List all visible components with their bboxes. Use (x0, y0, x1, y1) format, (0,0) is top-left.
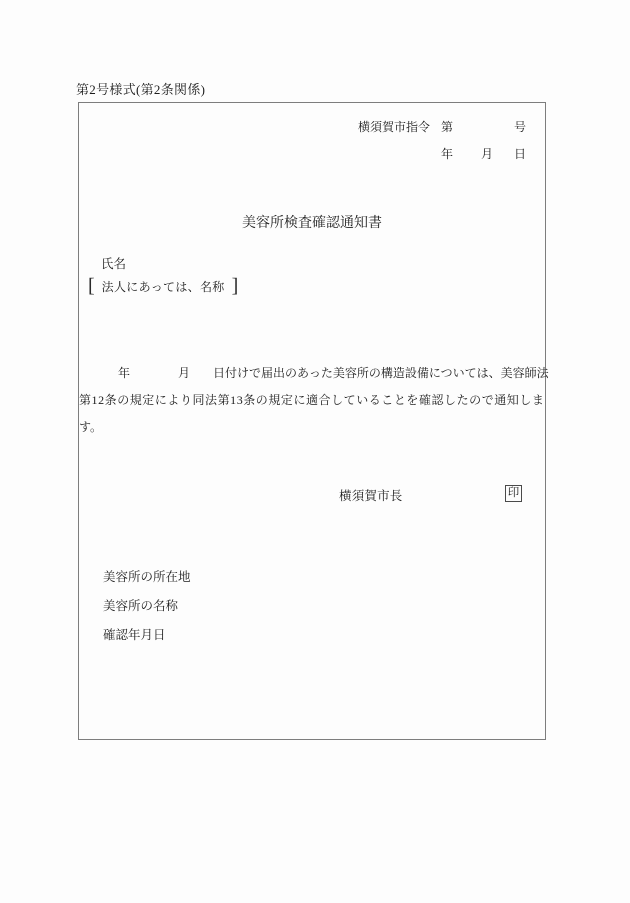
directive-number-suffix: 号 (514, 118, 526, 135)
date-year-label: 年 (441, 145, 453, 162)
body-line-3: す。 (79, 414, 547, 441)
document-title: 美容所検査確認通知書 (79, 212, 545, 232)
seal-mark: 印 (505, 485, 522, 502)
corporate-note: 法人にあっては、名称 (102, 278, 225, 295)
body-line-1: 年月日付けで届出のあった美容所の構造設備については、美容師法 (79, 360, 547, 387)
field-label-confirmation-date: 確認年月日 (103, 625, 166, 643)
bracket-close: ] (232, 273, 239, 299)
body-line-2-text: 第12条の規定により同法第13条の規定に適合していることを確認したので通知しま (79, 387, 544, 414)
body-line-2: 第12条の規定により同法第13条の規定に適合していることを確認したので通知しま (79, 387, 547, 414)
body-paragraph: 年月日付けで届出のあった美容所の構造設備については、美容師法 第12条の規定によ… (79, 360, 547, 441)
field-label-salon-name: 美容所の名称 (103, 596, 178, 614)
corporate-note-line: [ 法人にあっては、名称 ] (88, 273, 238, 299)
document-page: 第2号様式(第2条関係) 横須賀市指令 第 号 年 月 日 美容所検査確認通知書… (0, 0, 630, 903)
mayor-label: 横須賀市長 (339, 486, 403, 504)
body-month-label: 月 (178, 360, 190, 387)
directive-number-prefix: 第 (441, 118, 453, 135)
field-label-salon-address: 美容所の所在地 (103, 567, 191, 585)
bracket-open: [ (88, 273, 95, 299)
body-line-3-text: す。 (79, 414, 102, 441)
date-month-label: 月 (481, 145, 493, 162)
form-number-label: 第2号様式(第2条関係) (76, 79, 205, 98)
notice-box: 横須賀市指令 第 号 年 月 日 美容所検査確認通知書 氏名 [ 法人にあっては… (78, 102, 546, 740)
body-year-label: 年 (118, 360, 130, 387)
date-day-label: 日 (514, 145, 526, 162)
name-label: 氏名 (101, 254, 126, 272)
body-line-1-text: 日付けで届出のあった美容所の構造設備については、美容師法 (213, 360, 549, 387)
directive-label: 横須賀市指令 (358, 118, 430, 135)
